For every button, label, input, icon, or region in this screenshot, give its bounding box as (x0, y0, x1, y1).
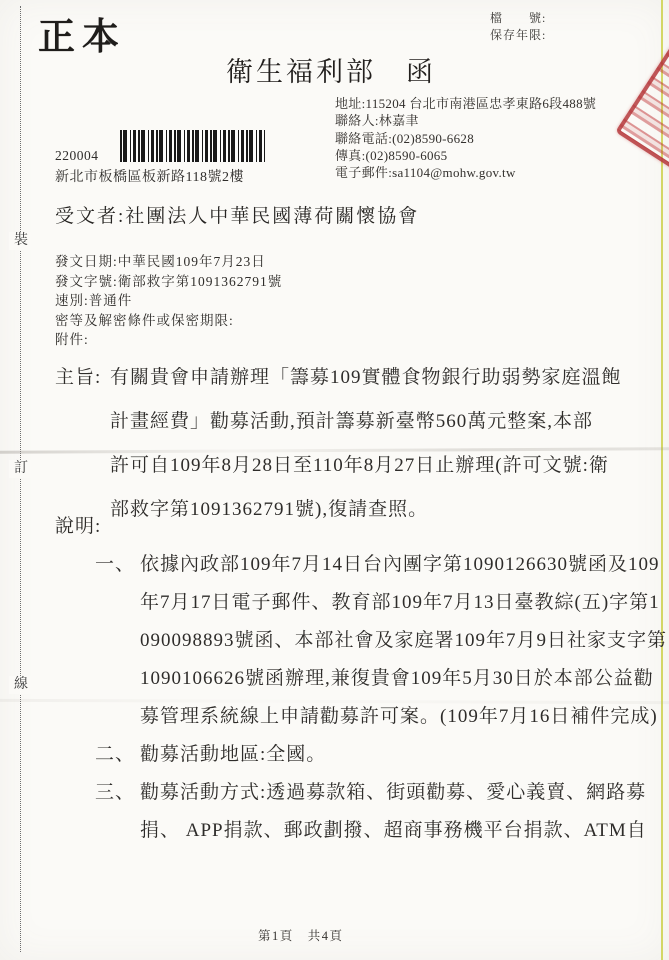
attachment-field: 附件: (55, 330, 282, 350)
barcode-icon (120, 130, 265, 162)
page-number: 第1頁 共4頁 (258, 926, 344, 944)
copy-type-label: 正本 (38, 6, 126, 60)
recipient-zip-code: 220004 (55, 148, 99, 164)
sender-phone: 聯絡電話:(02)8590-6628 (335, 130, 596, 147)
subject-label: 主旨: (55, 356, 101, 400)
sender-address: 地址:115204 台北市南港區忠孝東路6段488號 (335, 95, 596, 112)
subject-line: 計畫經費」勸募活動,預計籌募新臺幣560萬元整案,本部 (110, 400, 647, 444)
binding-line (20, 6, 21, 952)
explanation-line: 勸募活動方式:透過募款箱、街頭勸募、愛心義賣、網路募 (140, 774, 649, 812)
recipient-street-address: 新北市板橋區板新路118號2樓 (55, 166, 244, 186)
speed-class: 速別:普通件 (55, 291, 282, 311)
subject-line: 有關貴會申請辦理「籌募109實體食物銀行助弱勢家庭溫飽 (110, 356, 647, 400)
subject-section: 主旨: 有關貴會申請辦理「籌募109實體食物銀行助弱勢家庭溫飽 計畫經費」勸募活… (55, 356, 647, 532)
item-number: 二、 (95, 736, 135, 774)
file-number-label: 檔 號: (490, 10, 546, 27)
explanation-line: 1090106626號函辦理,兼復貴會109年5月30日於本部公益勸 (140, 660, 649, 698)
explanation-item-3: 三、 勸募活動方式:透過募款箱、街頭勸募、愛心義賣、網路募 捐、 APP捐款、郵… (55, 774, 649, 850)
explanation-section: 說明: 一、 依據內政部109年7月14日台內團字第1090126630號函及1… (55, 508, 649, 850)
item-number: 三、 (95, 774, 135, 812)
document-page: 裝 訂 線 正本 檔 號: 保存年限: 衛生福利部 函 地址:115204 台北… (0, 0, 669, 960)
explanation-line: 捐、 APP捐款、郵政劃撥、超商事務機平台捐款、ATM自 (140, 812, 649, 850)
explanation-line: 年7月17日電子郵件、教育部109年7月13日臺教綜(五)字第1 (140, 584, 649, 622)
sender-email: 電子郵件:sa1104@mohw.gov.tw (335, 164, 596, 181)
explanation-label: 說明: (55, 508, 649, 546)
document-meta-block: 發文日期:中華民國109年7月23日 發文字號:衛部救字第1091362791號… (55, 252, 282, 350)
subject-line: 許可自109年8月28日至110年8月27日止辦理(許可文號:衛 (110, 444, 647, 488)
sender-contact-person: 聯絡人:林嘉聿 (335, 112, 596, 129)
explanation-item-2: 二、 勸募活動地區:全國。 (55, 736, 649, 774)
file-info-block: 檔 號: 保存年限: (490, 10, 546, 44)
explanation-item-1: 一、 依據內政部109年7月14日台內團字第1090126630號函及109 年… (55, 546, 649, 736)
document-title: 衛生福利部 函 (226, 50, 436, 89)
explanation-line: 募管理系統線上申請勸募許可案。(109年7月16日補件完成) (140, 698, 649, 736)
issue-number: 發文字號:衛部救字第1091362791號 (55, 272, 282, 292)
sender-fax: 傳真:(02)8590-6065 (335, 147, 596, 164)
explanation-line: 依據內政部109年7月14日台內團字第1090126630號函及109 (140, 546, 649, 584)
issue-date: 發文日期:中華民國109年7月23日 (55, 252, 282, 272)
explanation-line: 090098893號函、本部社會及家庭署109年7月9日社家支字第 (140, 622, 649, 660)
subject-text: 有關貴會申請辦理「籌募109實體食物銀行助弱勢家庭溫飽 計畫經費」勸募活動,預計… (55, 356, 647, 532)
binding-mark: 線 (9, 676, 33, 694)
binding-mark: 裝 (9, 232, 33, 250)
binding-mark: 訂 (9, 460, 33, 478)
sender-contact-block: 地址:115204 台北市南港區忠孝東路6段488號 聯絡人:林嘉聿 聯絡電話:… (335, 95, 596, 181)
security-class: 密等及解密條件或保密期限: (55, 311, 282, 331)
item-number: 一、 (95, 546, 135, 584)
red-seal-stamp-icon (615, 45, 669, 176)
retention-period-label: 保存年限: (490, 27, 546, 44)
explanation-line: 勸募活動地區:全國。 (140, 736, 649, 774)
recipient-line: 受文者:社團法人中華民國薄荷關懷協會 (55, 201, 419, 228)
